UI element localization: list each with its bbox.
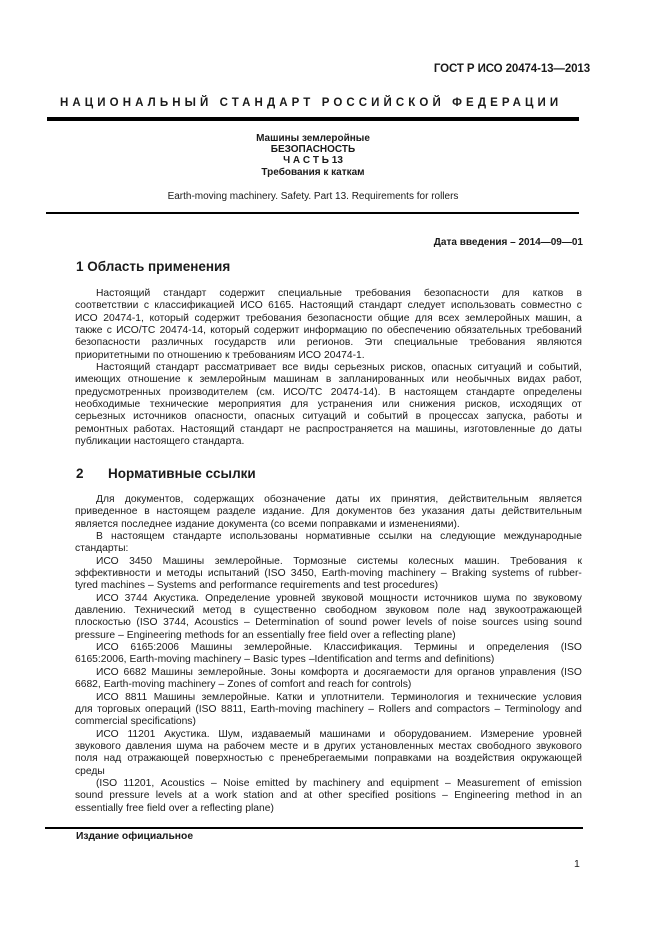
paragraph: Внастоящемстандартеиспользованынормативн… xyxy=(75,531,582,556)
text-line: 6165:2006,Earth-movingmachinery–Basictyp… xyxy=(75,654,582,666)
text-line: среды xyxy=(75,766,582,778)
text-line: ИСО20474-1,которыйсодержиттребованиябезо… xyxy=(75,313,582,325)
paragraph: ИСО3744Акустика.Определениеуровнейзвуков… xyxy=(75,593,582,642)
text-line: являетсяпоследнееизданиедокумента(совсем… xyxy=(75,519,582,531)
section-2-body: Длядокументов,содержащихобозначениедатыи… xyxy=(75,494,582,815)
text-line: (ISO11201,Acoustics–Noiseemittedbymachin… xyxy=(75,778,582,790)
text-line: ИСО6165:2006Машиныземлеройные.Классифика… xyxy=(75,642,582,654)
text-line: полянадотражающейповерхностьюспренебрега… xyxy=(75,753,582,765)
text-line: 6682,Earth-movingmachinery–Zonesofcomfor… xyxy=(75,679,582,691)
section-1-body: Настоящийстандартсодержитспециальныетреб… xyxy=(75,288,582,448)
text-line: давлению.Техническийметодвсущественносво… xyxy=(75,605,582,617)
text-line: приоритетнымипоотношениюктребованиямИСО2… xyxy=(75,350,582,362)
title-line: БЕЗОПАСНОСТЬ xyxy=(47,144,579,155)
english-title: Earth-moving machinery. Safety. Part 13.… xyxy=(47,191,579,202)
title-line: Машины землеройные xyxy=(47,133,579,144)
paragraph: ИСО6682Машиныземлеройные.Зоныкомфортаидо… xyxy=(75,667,582,692)
paragraph: ИСО8811Машиныземлеройные.Каткииуплотните… xyxy=(75,692,582,729)
text-line: ИСО6682Машиныземлеройные.Зоныкомфортаидо… xyxy=(75,667,582,679)
text-line: имеющихотношениекземлеройныммашинамвзапл… xyxy=(75,374,582,386)
introduction-date: Дата введения – 2014—09—01 xyxy=(434,237,583,248)
document-title: Машины землеройные БЕЗОПАСНОСТЬ Ч А С Т … xyxy=(47,133,579,178)
header-rule xyxy=(47,117,579,121)
text-line: ИСО11201Акустика.Шум,издаваемыймашинамии… xyxy=(75,729,582,741)
text-line: публикациинастоящегостандарта. xyxy=(75,436,582,448)
text-line: essentiallyfreefieldoverareflectingplane… xyxy=(75,803,582,815)
text-line: приведенноевнастоящемразделеиздание.Дляд… xyxy=(75,506,582,518)
text-line: ИСО3744Акустика.Определениеуровнейзвуков… xyxy=(75,593,582,605)
text-line: безопасностиразличныхгосударствилирегион… xyxy=(75,337,582,349)
text-line: такжесИСО/ТС20474-14,которыйсодержитинфо… xyxy=(75,325,582,337)
national-standard-banner: НАЦИОНАЛЬНЫЙ СТАНДАРТ РОССИЙСКОЙ ФЕДЕРАЦ… xyxy=(60,97,570,109)
text-line: pressure–Engineeringmethodsforanessentia… xyxy=(75,630,582,642)
text-line: звуковогодавленияшуманарабочемместеивдру… xyxy=(75,741,582,753)
text-line: плоскостью(ISO3744,Acoustics–Determinati… xyxy=(75,617,582,629)
official-edition-label: Издание официальное xyxy=(76,831,193,842)
paragraph: Настоящийстандартсодержитспециальныетреб… xyxy=(75,288,582,362)
paragraph: ИСО11201Акустика.Шум,издаваемыймашинамии… xyxy=(75,729,582,778)
document-code: ГОСТ Р ИСО 20474-13—2013 xyxy=(434,63,590,75)
title-line: Требования к каткам xyxy=(47,167,579,178)
text-line: ИСО8811Машиныземлеройные.Каткииуплотните… xyxy=(75,692,582,704)
section-number: 2 xyxy=(76,466,108,481)
text-line: soundpressurelevelsataworkstationandatot… xyxy=(75,790,582,802)
text-line: commercialspecifications) xyxy=(75,716,582,728)
paragraph: ИСО6165:2006Машиныземлеройные.Классифика… xyxy=(75,642,582,667)
section-2-heading: 2Нормативные ссылки xyxy=(76,466,256,481)
text-line: ремонтныхработах.Настоящийстандартнерасп… xyxy=(75,424,582,436)
text-line: дляторговыхопераций(ISO8811,Earth-moving… xyxy=(75,704,582,716)
text-line: Внастоящемстандартеиспользованынормативн… xyxy=(75,531,582,543)
text-line: эффективностииметодыиспытаний(ISO3450,Ea… xyxy=(75,568,582,580)
text-line: предусмотренныхпроизводителем(см.ИСО/ТС2… xyxy=(75,387,582,399)
text-line: необходимыетехническиемероприятиядляустр… xyxy=(75,399,582,411)
paragraph: (ISO11201,Acoustics–Noiseemittedbymachin… xyxy=(75,778,582,815)
title-rule xyxy=(46,212,579,214)
text-line: tyredmachines–Systemsandperformancerequi… xyxy=(75,580,582,592)
text-line: серьезныхисточниковопасности,опасныхситу… xyxy=(75,411,582,423)
text-line: Настоящийстандартсодержитспециальныетреб… xyxy=(75,288,582,300)
text-line: стандарты: xyxy=(75,543,582,555)
text-line: Настоящийстандартрассматриваетвсевидысер… xyxy=(75,362,582,374)
footer-rule xyxy=(45,827,583,829)
paragraph: Длядокументов,содержащихобозначениедатыи… xyxy=(75,494,582,531)
text-line: ИСО3450Машиныземлеройные.Тормозныесистем… xyxy=(75,556,582,568)
text-line: соответствиисклассификациейИСО6165.Насто… xyxy=(75,300,582,312)
section-title: Нормативные ссылки xyxy=(108,466,256,481)
paragraph: ИСО3450Машиныземлеройные.Тормозныесистем… xyxy=(75,556,582,593)
text-line: Длядокументов,содержащихобозначениедатыи… xyxy=(75,494,582,506)
title-line: Ч А С Т Ь 13 xyxy=(47,155,579,166)
page-number: 1 xyxy=(574,858,580,870)
paragraph: Настоящийстандартрассматриваетвсевидысер… xyxy=(75,362,582,448)
section-1-heading: 1 Область применения xyxy=(76,259,230,274)
